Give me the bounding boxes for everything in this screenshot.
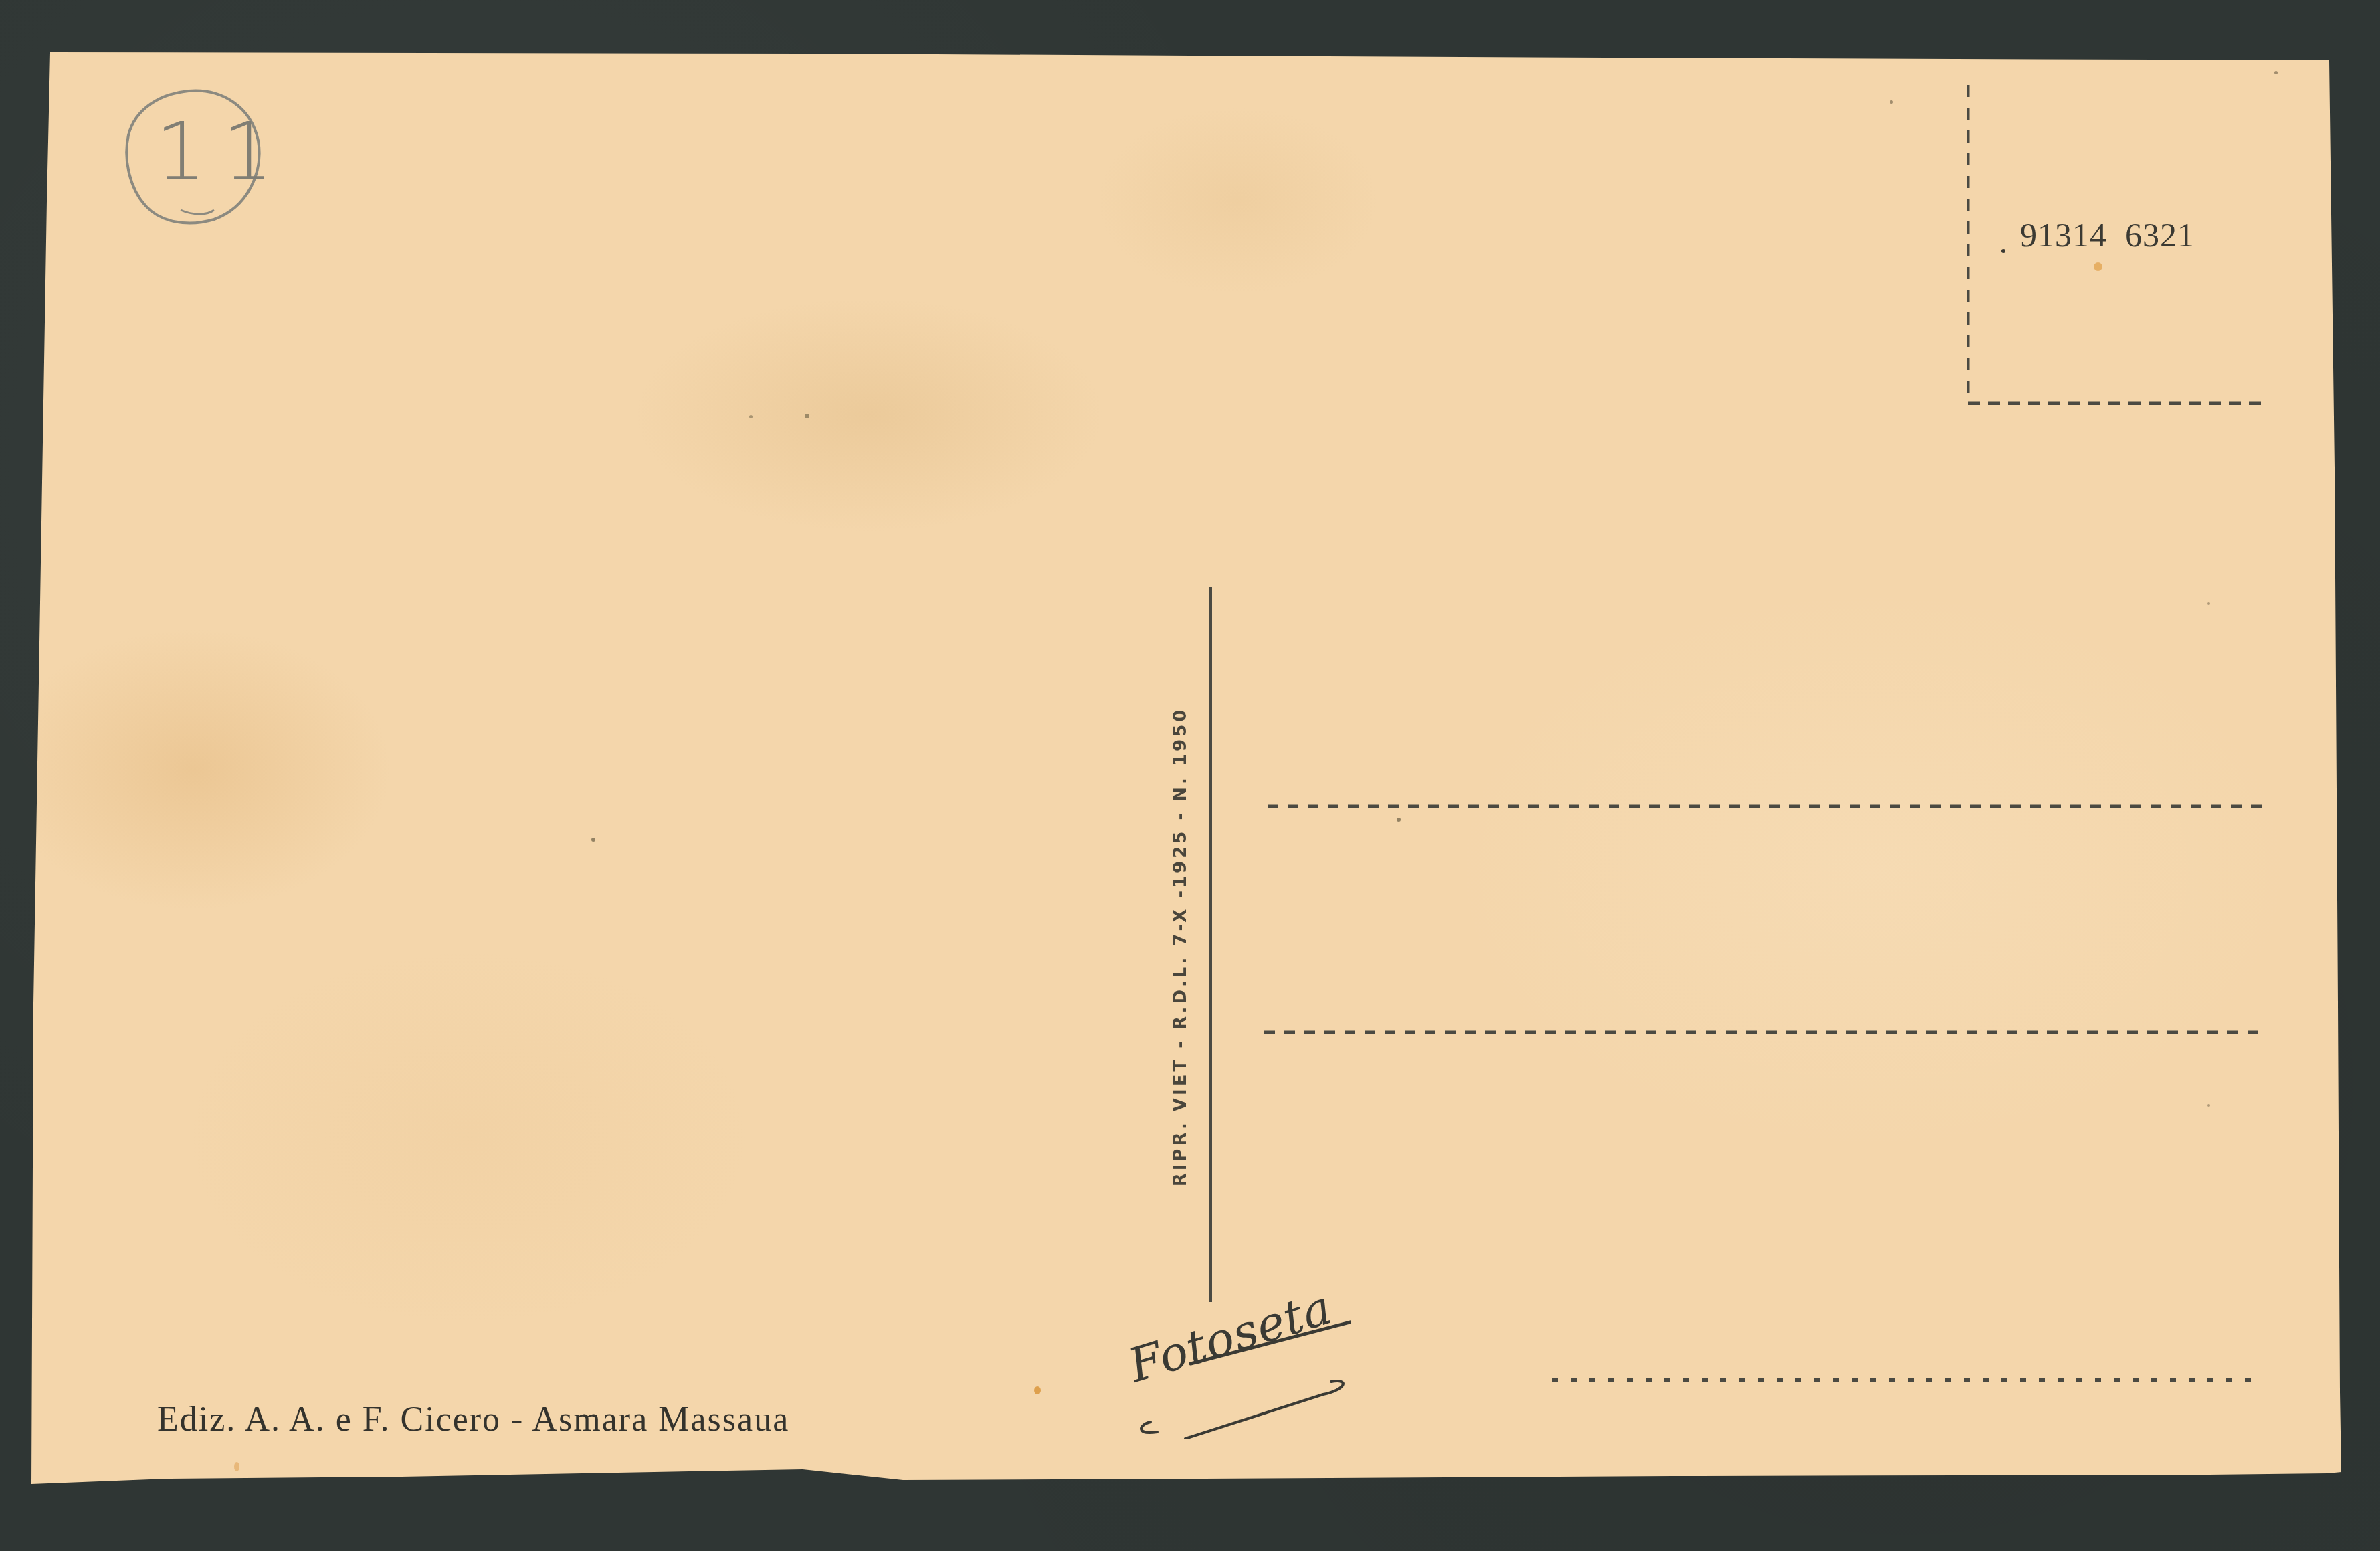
fotoseta-signature: Fotoseta [1110, 1305, 1351, 1439]
speck [749, 415, 753, 418]
address-line-1 [1268, 804, 2264, 809]
speck [805, 414, 809, 418]
foxing-spot [2094, 262, 2102, 271]
speck [2274, 71, 2278, 74]
address-line-2 [1264, 1030, 2264, 1035]
printer-notice: RIPR. VIET - R.D.L. 7-X -1925 - N. 1950 [1171, 707, 1191, 1187]
speck [1890, 100, 1893, 104]
publisher-imprint: Ediz. A. A. e F. Cicero - Asmara Massaua [157, 1400, 789, 1439]
speck [2207, 1104, 2210, 1107]
speck [2207, 602, 2210, 605]
stamp-box-number: 91314 6321 [2020, 215, 2195, 254]
vertical-divider [1209, 587, 1212, 1302]
ink-dot [2001, 249, 2005, 253]
postcard: 11 91314 6321 RIPR. VIET - R.D.L. 7-X -1… [0, 0, 2380, 1551]
pencil-circled-number: 11 [114, 79, 268, 233]
address-line-3 [1552, 1378, 2264, 1383]
foxing-spot [234, 1462, 239, 1471]
speck [591, 838, 595, 842]
pencil-number: 11 [155, 106, 290, 199]
foxing-spot [1034, 1386, 1041, 1394]
speck [1397, 818, 1401, 822]
